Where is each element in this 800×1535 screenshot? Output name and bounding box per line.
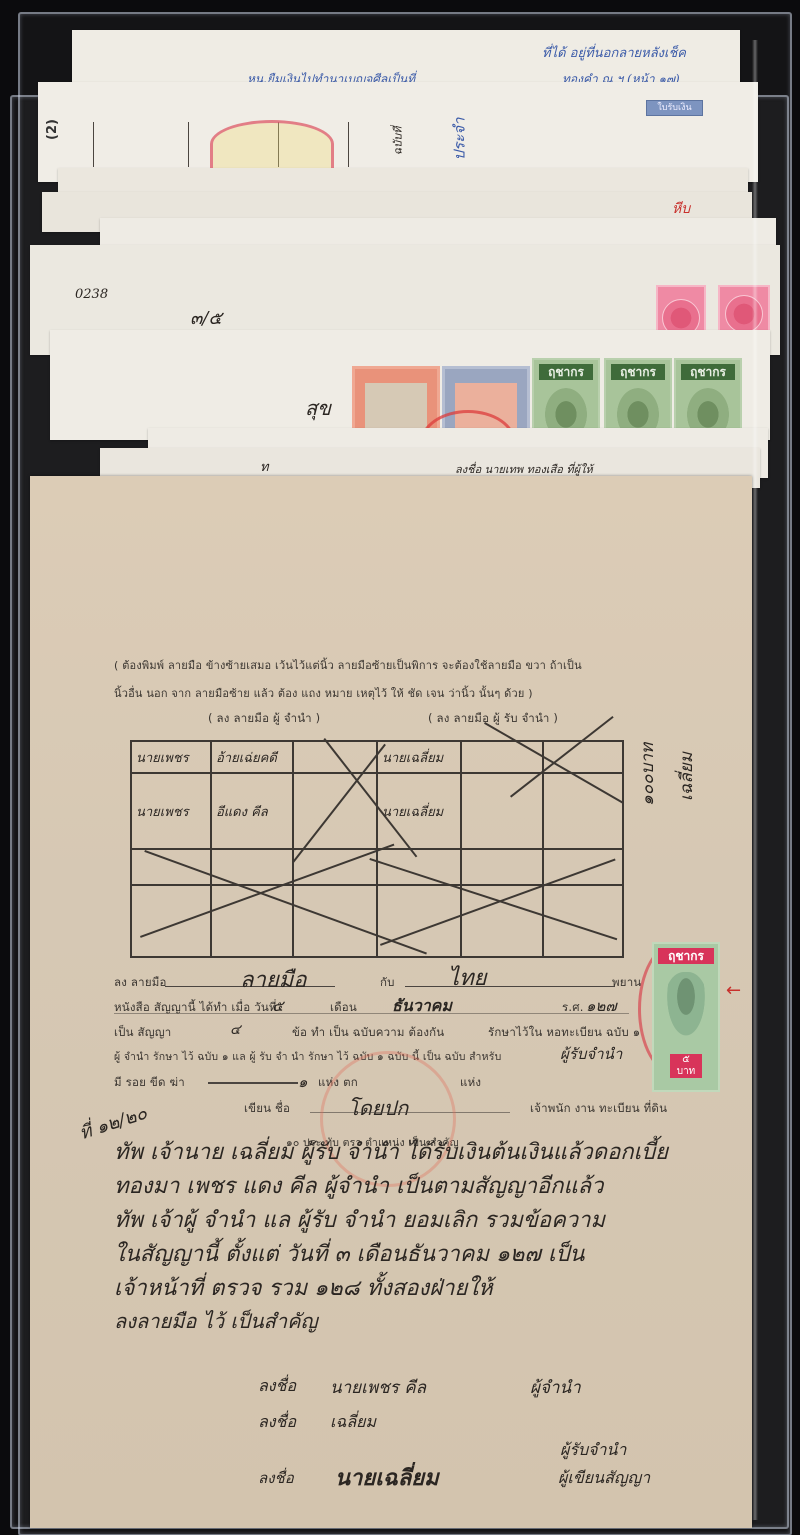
table-cell: อีแดง คีล — [211, 773, 293, 849]
dotted-line — [405, 986, 615, 987]
red-arrow-icon: ← — [726, 980, 741, 1001]
rule-2 — [188, 122, 189, 167]
body-line: ทัพ เจ้าผู้ จำนำ แล ผู้รับ จำนำ ยอมเลิก … — [114, 1204, 800, 1238]
pledger-signature: ลายมือ — [240, 962, 306, 997]
main-revenue-stamp: ฤชากร ๕ บาท — [652, 942, 720, 1092]
table-cell — [543, 773, 623, 849]
main-document: ( ต้องพิมพ์ ลายมือ ข้างซ้ายเสมอ เว้นไว้แ… — [30, 476, 752, 1528]
stamp-banner: ฤชากร — [681, 364, 735, 380]
keep-text: รักษาไว้ใน หอทะเบียน ฉบับ ๑ — [488, 1024, 640, 1042]
table-row: นายเพชร อีแดง คีล นายเฉลี่ยม — [131, 773, 623, 849]
sig2-name: เฉลี่ยม — [330, 1410, 376, 1435]
year-value: ๑๒๗ — [586, 994, 617, 1018]
table-cell: นายเพชร — [131, 773, 211, 849]
sig1-role: ผู้จำนำ — [530, 1374, 581, 1401]
table-row — [131, 885, 623, 957]
form-number: (2) — [45, 119, 60, 140]
table-cell — [131, 885, 211, 957]
sig3-role-bottom: ผู้เขียนสัญญา — [558, 1466, 650, 1491]
stamp-banner: ฤชากร — [658, 948, 714, 964]
body-line: เจ้าหน้าที่ ตรวจ รวม ๑๒๘ ทั้งสองฝ่ายให้ — [114, 1272, 800, 1306]
dotted-line — [114, 1013, 629, 1014]
side-note-name: เฉลี่ยม — [673, 752, 700, 801]
table-row — [131, 849, 623, 885]
sleeve-edge-highlight — [752, 40, 758, 1520]
month-value: ธันวาคม — [392, 994, 452, 1019]
sig1-name: นายเพชร คีล — [330, 1374, 426, 1401]
contract-made: หนังสือ สัญญานี้ ได้ทำ เมื่อ วันที่ — [114, 999, 277, 1017]
lower-note: ท — [260, 456, 269, 477]
stamp-value-box: ๕ บาท — [670, 1054, 702, 1078]
sig3-name: นายเฉลี่ยม — [335, 1460, 439, 1495]
header-line-2: นิ้วอื่น นอก จาก ลายมือซ้าย แล้ว ต้อง แถ… — [114, 684, 533, 702]
green-stamp-2: ฤชากร — [604, 358, 672, 436]
table-cell: นายเพชร — [131, 741, 211, 773]
table-row: นายเพชร อ้ายเฉ่ยคดี นายเฉลี่ยม — [131, 741, 623, 773]
blue-label: ใบรับเงิน — [647, 101, 702, 115]
green-stamp-3: ฤชากร — [674, 358, 742, 436]
erased-count: ๑ — [298, 1070, 308, 1094]
pledger-keeps: ผู้ จำนำ รักษา ไว้ ฉบับ ๑ แล ผู้ รับ จำ … — [114, 1048, 501, 1065]
back-sheet-7: สุข ฤชากร ฤชากร ฤชากร — [50, 330, 770, 440]
handwritten-body: ทัพ เจ้านาย เฉลี่ยม ผู้รับ จำนำ ได้รับเง… — [74, 1136, 764, 1336]
copies-text: ข้อ ทำ เป็น ฉบับความ ต้องกัน — [292, 1024, 444, 1042]
portrait-icon — [664, 972, 708, 1042]
sig2-label: ลงชื่อ — [258, 1410, 296, 1435]
stamp-value: ๕ — [670, 1054, 702, 1066]
erased-label: มี รอย ขีด ฆ่า — [114, 1074, 185, 1092]
table-cell — [131, 849, 211, 885]
table-cell — [543, 741, 623, 773]
sig1-label: ลงชื่อ — [258, 1374, 296, 1399]
sig3-role-top: ผู้รับจำนำ — [560, 1438, 626, 1463]
table-cell — [377, 885, 461, 957]
body-line: ในสัญญานี้ ตั้งแต่ วันที่ ๓ เดือนธันวาคม… — [114, 1238, 800, 1272]
day-value: ๕ — [272, 994, 283, 1018]
officer-label: เจ้าพนัก งาน ทะเบียน ที่ดิน — [530, 1100, 667, 1118]
rule-1 — [93, 122, 94, 167]
body-line: ทองมา เพชร แดง คีล ผู้จำนำ เป็นตามสัญญาอ… — [114, 1170, 800, 1204]
side-note-amount: ๑๐๐บาท — [634, 743, 661, 806]
table-cell — [461, 741, 543, 773]
sig3-label: ลงชื่อ — [258, 1466, 294, 1490]
table-cell — [543, 885, 623, 957]
table-cell — [377, 849, 461, 885]
body-line: ทัพ เจ้านาย เฉลี่ยม ผู้รับ จำนำ ได้รับเง… — [114, 1136, 800, 1170]
stamp-banner: ฤชากร — [539, 364, 593, 380]
header-line-1: ( ต้องพิมพ์ ลายมือ ข้างซ้ายเสมอ เว้นไว้แ… — [114, 656, 582, 674]
places-end: แห่ง — [460, 1074, 481, 1092]
table-cell — [461, 773, 543, 849]
label-pledger: ( ลง ลายมือ ผู้ จำนำ ) — [208, 710, 320, 728]
table-cell — [461, 849, 543, 885]
blue-label-box: ใบรับเงิน — [646, 100, 703, 116]
rule-4 — [348, 122, 349, 167]
signature-small: สุข — [305, 392, 331, 424]
table-cell: นายเฉลี่ยม — [377, 741, 461, 773]
page-mark: ฉบับที่ — [388, 127, 406, 156]
back-sheet-2: (2) ฉบับที่ ประจำ ใบรับเงิน — [38, 82, 758, 182]
table-cell: นายเฉลี่ยม — [377, 773, 461, 849]
note-top-line1: ที่ได้ อยู่ที่นอกลายหลังเช็ค — [542, 42, 686, 63]
table-cell: อ้ายเฉ่ยคดี — [211, 741, 293, 773]
sign-with: กับ — [380, 974, 395, 992]
sign-label: ลง ลายมือ — [114, 974, 167, 992]
receiver-signature: ไทย — [448, 960, 486, 995]
for-whom: ผู้รับจำนำ — [560, 1042, 622, 1066]
label-receiver: ( ลง ลายมือ ผู้ รับ จำนำ ) — [428, 710, 558, 728]
month-label: เดือน — [330, 999, 357, 1017]
green-stamp-1: ฤชากร — [532, 358, 600, 436]
red-mark: หีบ — [672, 198, 690, 220]
red-seal-faded — [210, 120, 334, 168]
blue-signature: ประจำ — [447, 118, 471, 161]
body-line: ลงลายมือ ไว้ เป็นสำคัญ — [114, 1306, 800, 1336]
witness-label: พยาน — [612, 974, 641, 992]
fraction-note: ๓/๕ — [190, 303, 222, 332]
erased-dash — [208, 1082, 298, 1084]
stamp-banner: ฤชากร — [611, 364, 665, 380]
contract-label: เป็น สัญญา — [114, 1024, 171, 1042]
stamp-unit: บาท — [670, 1066, 702, 1078]
year-label: ร.ศ. — [562, 999, 584, 1017]
table-cell — [293, 773, 377, 849]
table-cell — [461, 885, 543, 957]
writer-label: เขียน ชื่อ — [244, 1100, 290, 1118]
copies-value: ๔ — [230, 1019, 241, 1041]
number-code: 0238 — [75, 287, 108, 302]
